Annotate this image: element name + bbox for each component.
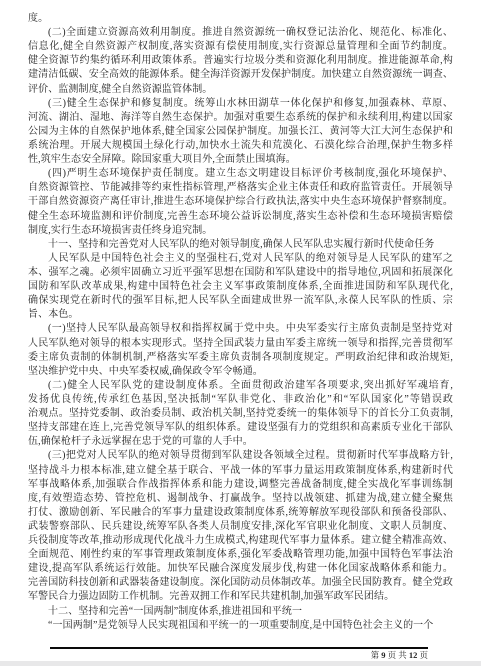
text-line: 健全生态环境监测和评价制度,完善生态环境公益诉讼制度,落实生态补偿和生态环境损害… <box>28 210 453 224</box>
text-line: 坚持战斗力根本标准,建立健全基于联合、平战一体的军事力量运用政策制度体系,构建新… <box>28 464 453 478</box>
text-line: 全面规范、刚性约束的军事管理政策制度体系,强化军委战略管理功能,加强中国特色军事… <box>28 548 453 562</box>
text-line: “一国两制”是党领导人民实现祖国和平统一的一项重要制度,是中国特色社会主义的一个 <box>28 619 453 633</box>
text-line: 性,筑牢生态安全屏障。除国家重大项目外,全面禁止围填海。 <box>28 153 453 167</box>
text-line: 军警民合力强边固防工作机制。完善双拥工作和军民共建机制,加强军政军民团结。 <box>28 590 453 604</box>
footer-label-suffix: 页 <box>417 650 428 660</box>
text-line: (二)全面建立资源高效利用制度。推进自然资源统一确权登记法治化、规范化、标准化、 <box>28 26 453 40</box>
text-line: 系统治理。开展大规模国土绿化行动,加快水土流失和荒漠化、石漠化综合治理,保护生物… <box>28 139 453 153</box>
page-footer: 第 9 页 共 12 页 <box>371 651 428 660</box>
text-line: 坚持支部建在连上,完善党领导军队的组织体系。建设坚强有力的党组织和高素质专业化干… <box>28 421 453 435</box>
text-line: 人民军队是中国特色社会主义的坚强柱石,党对人民军队的绝对领导是人民军队的建军之 <box>28 252 453 266</box>
document-page: 度。(二)全面建立资源高效利用制度。推进自然资源统一确权登记法治化、规范化、标准… <box>0 0 481 668</box>
section-heading-line: 十一、坚持和完善党对人民军队的绝对领导制度,确保人民军队忠实履行新时代使命任务 <box>28 238 453 252</box>
text-line: (一)坚持人民军队最高领导权和指挥权属于党中央。中央军委实行主席负责制是坚持党对 <box>28 322 453 336</box>
text-line: 坚决维护党中央、中央军委权威,确保政令军令畅通。 <box>28 365 453 379</box>
text-line: 建清洁低碳、安全高效的能源体系。健全海洋资源开发保护制度。加快建立自然资源统一调… <box>28 68 453 82</box>
footer-label-middle: 页 共 <box>385 650 408 660</box>
text-line: 自然资源管控、节能减排等约束性指标管理,严格落实企业主体责任和政府监管责任。开展… <box>28 181 453 195</box>
text-line: 完善国防科技创新和武器装备建设制度。深化国防动员体制改革。加强全民国防教育。健全… <box>28 576 453 590</box>
text-line: 委主席负责制的体制机制,严格落实军委主席负责制各项制度规定。严明政治纪律和政治规… <box>28 351 453 365</box>
text-line: 国防和军队改革成果,构建中国特色社会主义军事政策制度体系,全面推进国防和军队现代… <box>28 280 453 294</box>
text-line: 度,有效塑造态势、管控危机、遏制战争、打赢战争。坚持以战领建、抓建为战,建立健全… <box>28 492 453 506</box>
text-line: 伍,确保枪杆子永远掌握在忠于党的可靠的人手中。 <box>28 435 453 449</box>
text-line: (四)严明生态环境保护责任制度。建立生态文明建设目标评价考核制度,强化环境保护、 <box>28 167 453 181</box>
text-line: 本、强军之魂。必须牢固确立习近平强军思想在国防和军队建设中的指导地位,巩固和拓展… <box>28 266 453 280</box>
text-line: 发扬优良传统,传承红色基因,坚决抵制“军队非党化、非政治化”和“军队国家化”等错… <box>28 393 453 407</box>
text-line: 制度,实行生态环境损害责任终身追究制。 <box>28 224 453 238</box>
document-content: 度。(二)全面建立资源高效利用制度。推进自然资源统一确权登记法治化、规范化、标准… <box>28 12 453 633</box>
text-line: 治观点。坚持党委制、政治委员制、政治机关制,坚持党委统一的集体领导下的首长分工负… <box>28 407 453 421</box>
text-line: 健全资源节约集约循环利用政策体系。普遍实行垃圾分类和资源化利用制度。推进能源革命… <box>28 54 453 68</box>
text-line: 军事战略体系,加强联合作战指挥体系和能力建设,调整完善战备制度,健全实战化军事训… <box>28 478 453 492</box>
text-line: 武装警察部队、民兵建设,统筹军队各类人员制度安排,深化军官职业化制度、文职人员制… <box>28 520 453 534</box>
text-line: 打仗、激励创新、军民融合的军事力量建设政策制度体系,统筹解放军现役部队和预备役部… <box>28 506 453 520</box>
text-line: (三)把党对人民军队的绝对领导贯彻到军队建设各领域全过程。贯彻新时代军事战略方针… <box>28 449 453 463</box>
text-line: 确保实现党在新时代的强军目标,把人民军队全面建成世界一流军队,永葆人民军队的性质… <box>28 294 453 308</box>
text-line: 公园为主体的自然保护地体系,健全国家公园保护制度。加强长江、黄河等大江大河生态保… <box>28 125 453 139</box>
section-heading-line: 十二、坚持和完善“一国两制”制度体系,推进祖国和平统一 <box>28 605 453 619</box>
text-line: 河流、湖泊、湿地、海洋等自然生态保护。加强对重要生态系统的保护和永续利用,构建以… <box>28 111 453 125</box>
text-line: (二)健全人民军队党的建设制度体系。全面贯彻政治建军各项要求,突出抓好军魂培育, <box>28 379 453 393</box>
text-line: 旨、本色。 <box>28 308 453 322</box>
text-line: (三)健全生态保护和修复制度。统筹山水林田湖草一体化保护和修复,加强森林、草原、 <box>28 97 453 111</box>
text-line: 评价、监测制度,健全自然资源监管体制。 <box>28 83 453 97</box>
footer-label-prefix: 第 <box>371 650 382 660</box>
text-line: 建设,提高军队系统运行效能。加快军民融合深度发展步伐,构建一体化国家战略体系和能… <box>28 562 453 576</box>
text-line: 兵役制度等改革,推动形成现代化战斗力生成模式,构建现代军事力量体系。建立健全精准… <box>28 534 453 548</box>
text-line: 度。 <box>28 12 453 26</box>
text-line: 干部自然资源资产离任审计,推进生态环境保护综合行政执法,落实中央生态环境保护督察… <box>28 195 453 209</box>
text-line: 人民军队绝对领导的根本实现形式。坚持全国武装力量由军委主席统一领导和指挥,完善贯… <box>28 337 453 351</box>
footer-rule <box>50 647 428 649</box>
text-line: 信息化,健全自然资源产权制度,落实资源有偿使用制度,实行资源总量管理和全面节约制… <box>28 40 453 54</box>
bottom-separator <box>0 661 481 666</box>
